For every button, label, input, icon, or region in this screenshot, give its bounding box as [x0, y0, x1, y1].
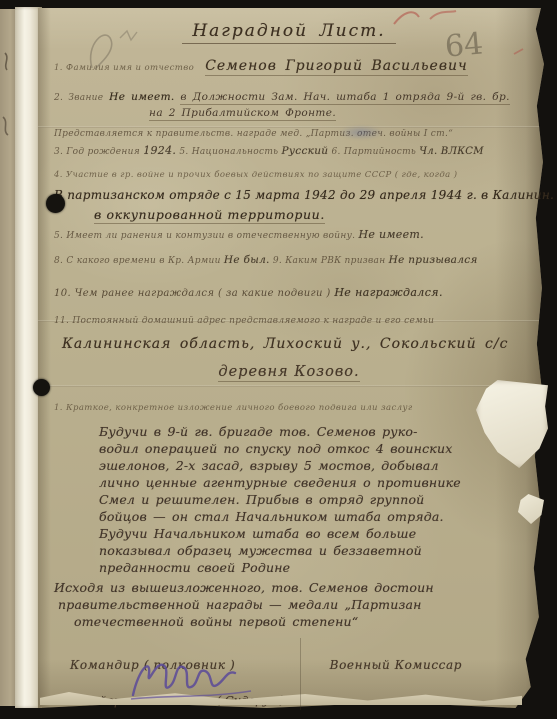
- wounds-value: Не имеет.: [358, 228, 423, 241]
- previous-awards-value: Не награждался.: [334, 286, 443, 299]
- nationality-label: 5. Национальность: [179, 147, 278, 157]
- wounds-label: 5. Имеет ли ранения и контузии в отечест…: [54, 231, 355, 241]
- feat-line: Будучи Начальником штаба во всем больше: [99, 525, 524, 542]
- field-war-participation-value1: В партизанском отряде с 15 марта 1942 до…: [54, 188, 524, 202]
- red-pencil-marks: [388, 2, 538, 62]
- drafted-by-label: 9. Каким РВК призван: [273, 256, 386, 266]
- drafted-by-value: Не призывался: [389, 254, 478, 266]
- blue-ink-smudge: [338, 125, 384, 140]
- birth-year-label: 3. Год рождения: [54, 147, 140, 157]
- feat-line: водил операцией по спуску под откос 4 во…: [99, 440, 524, 457]
- home-address-line2: деревня Козово.: [54, 364, 524, 381]
- party-value: Чл. ВЛКСМ: [419, 146, 483, 157]
- home-address-line1: Калининская область, Лихоский у., Соколь…: [62, 336, 524, 353]
- feat-line: преданности своей Родине: [99, 559, 524, 576]
- document-content: Наградной Лист. 1. Фамилия имя и отчеств…: [54, 16, 524, 709]
- field-front: на 2 Прибалтийском Фронте.: [149, 107, 524, 120]
- nationality-value: Русский: [282, 145, 329, 157]
- field-rank-label: 2. Звание: [54, 93, 103, 103]
- war-participation-text1: В партизанском отряде с 15 марта 1942 до…: [54, 188, 557, 202]
- birth-year-value: 1924.: [143, 144, 176, 157]
- field-position-value: в Должности Зам. Нач. штаба 1 отряда 9-й…: [180, 91, 509, 105]
- field-previous-awards: 10. Чем ранее награждался ( за какие под…: [54, 286, 524, 300]
- fold-line: [300, 638, 301, 710]
- feat-line: эшелонов, 2-х засад, взрыву 5 мостов, до…: [99, 457, 524, 474]
- field-rank-value: Не имеет.: [109, 91, 175, 103]
- field-rank: 2. Звание Не имеет. в Должности Зам. Нач…: [54, 91, 524, 104]
- field-front-value: на 2 Прибалтийском Фронте.: [149, 107, 336, 121]
- previous-awards-label: 10. Чем ранее награждался ( за какие под…: [54, 288, 331, 299]
- feat-line: лично ценные агентурные сведения о проти…: [99, 474, 524, 491]
- conclusion-line: Исходя из вышеизложенного, тов. Семенов …: [54, 579, 524, 596]
- pencil-scribble: [80, 22, 155, 77]
- field-army-service: 8. С какого времени в Кр. Армии Не был. …: [54, 254, 524, 267]
- scanned-award-document: Наградной Лист. 1. Фамилия имя и отчеств…: [0, 0, 557, 719]
- feat-line: Смел и решителен. Прибыв в отряд группой: [99, 491, 524, 508]
- home-address-village: деревня Козово.: [218, 364, 359, 382]
- party-label: 6. Партийность: [332, 147, 417, 157]
- field-home-address-label: 11. Постоянный домашний адрес представля…: [54, 316, 524, 327]
- army-since-value: Не был.: [224, 254, 270, 266]
- war-participation-text2: в оккупированной территории.: [94, 207, 325, 224]
- handwritten-signature: [123, 650, 258, 706]
- field-war-participation-label: 4. Участие в гр. войне и прочих боевых д…: [54, 170, 524, 180]
- field-birth-nationality-party: 3. Год рождения 1924. 5. Национальность …: [54, 144, 524, 158]
- conclusion-line: отечественной войны первой степени“: [74, 613, 524, 630]
- feat-description-paragraph: Будучи в 9-й гв. бригаде тов. Семенов ру…: [99, 423, 524, 576]
- feat-line: бойцов — он стал Начальником штаба отряд…: [99, 508, 524, 525]
- book-page-edges: [15, 7, 42, 708]
- field-war-participation-value2: в оккупированной территории.: [94, 207, 524, 222]
- document-title-text: Наградной Лист.: [182, 21, 395, 44]
- feat-line: Будучи в 9-й гв. бригаде тов. Семенов ру…: [99, 423, 524, 440]
- conclusion-line: правительственной награды — медали „Парт…: [58, 596, 524, 613]
- punch-hole-lower: [33, 379, 50, 396]
- feat-line: показывал образец мужества и беззаветной: [99, 542, 524, 559]
- commissar-title: Военный Комиссар: [330, 658, 462, 672]
- section-header-feat-description: 1. Краткое, конкретное изложение личного…: [54, 403, 524, 413]
- conclusion-paragraph: Исходя из вышеизложенного, тов. Семенов …: [54, 579, 524, 630]
- margin-ink-marks: [0, 45, 16, 185]
- field-wounds: 5. Имеет ли ранения и контузии в отечест…: [54, 228, 524, 242]
- army-since-label: 8. С какого времени в Кр. Армии: [54, 256, 221, 266]
- field-award-proposed: Представляется к правительств. награде м…: [54, 129, 524, 140]
- punch-hole-upper: [46, 194, 65, 213]
